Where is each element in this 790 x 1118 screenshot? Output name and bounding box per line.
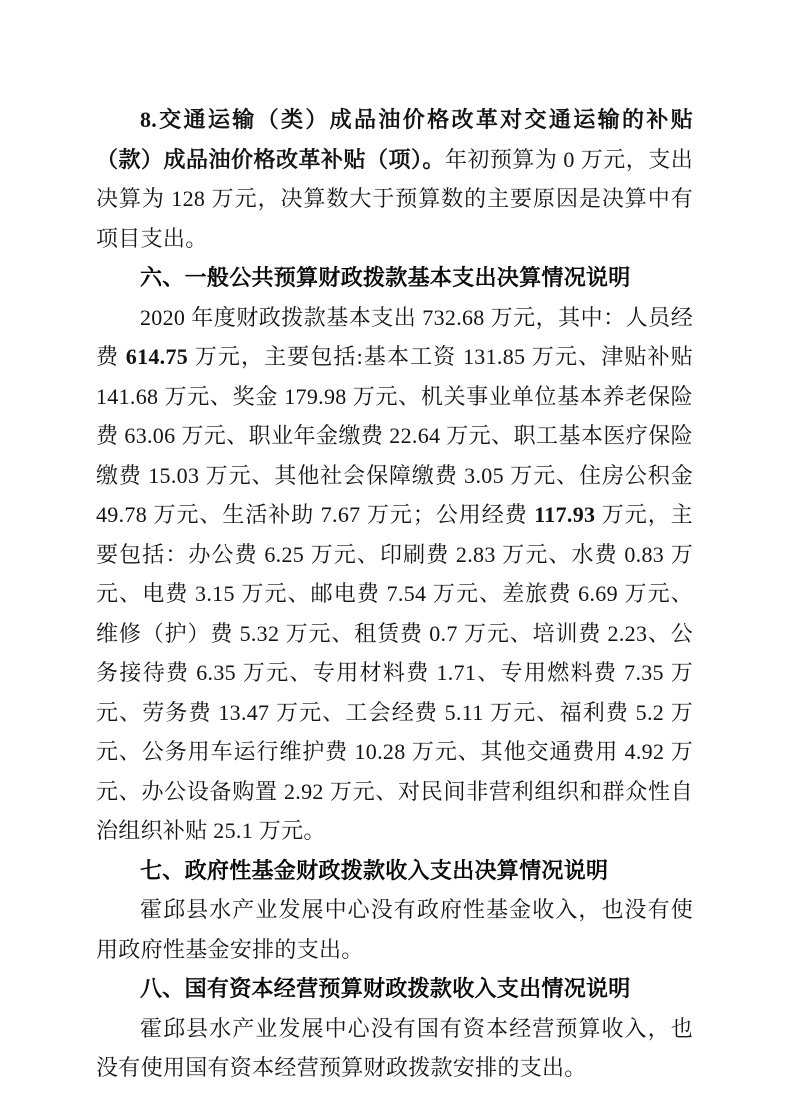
section-heading: 七、政府性基金财政拨款收入支出决算情况说明 [96,851,693,891]
text-segment: 七、政府性基金财政拨款收入支出决算情况说明 [140,858,608,883]
section-heading: 八、国有资本经营预算财政拨款收入支出情况说明 [96,969,693,1009]
text-segment: 六、一般公共预算财政拨款基本支出决算情况说明 [140,265,631,290]
body-paragraph: 2020 年度财政拨款基本支出 732.68 万元，其中：人员经费 614.75… [96,298,693,851]
section-heading: 六、一般公共预算财政拨款基本支出决算情况说明 [96,258,693,298]
text-segment: 万元，主要包括：办公费 6.25 万元、印刷费 2.83 万元、水费 0.83 … [96,502,693,843]
body-paragraph: 霍邱县水产业发展中心没有政府性基金收入，也没有使用政府性基金安排的支出。 [96,890,693,969]
body-paragraph: 霍邱县水产业发展中心没有国有资本经营预算收入，也没有使用国有资本经营预算财政拨款… [96,1009,693,1088]
text-segment: 614.75 [126,344,188,369]
document-page: 8.交通运输（类）成品油价格改革对交通运输的补贴（款）成品油价格改革补贴（项）。… [0,0,790,1118]
text-segment: 霍邱县水产业发展中心没有国有资本经营预算收入，也没有使用国有资本经营预算财政拨款… [96,1016,693,1081]
body-paragraph: 8.交通运输（类）成品油价格改革对交通运输的补贴（款）成品油价格改革补贴（项）。… [96,100,693,258]
text-segment: 霍邱县水产业发展中心没有政府性基金收入，也没有使用政府性基金安排的支出。 [96,897,693,962]
text-segment: 万元，主要包括:基本工资 131.85 万元、津贴补贴 141.68 万元、奖金… [96,344,693,527]
document-body: 8.交通运输（类）成品油价格改革对交通运输的补贴（款）成品油价格改革补贴（项）。… [96,100,693,1088]
text-segment: 117.93 [534,502,595,527]
text-segment: 八、国有资本经营预算财政拨款收入支出情况说明 [140,976,631,1001]
